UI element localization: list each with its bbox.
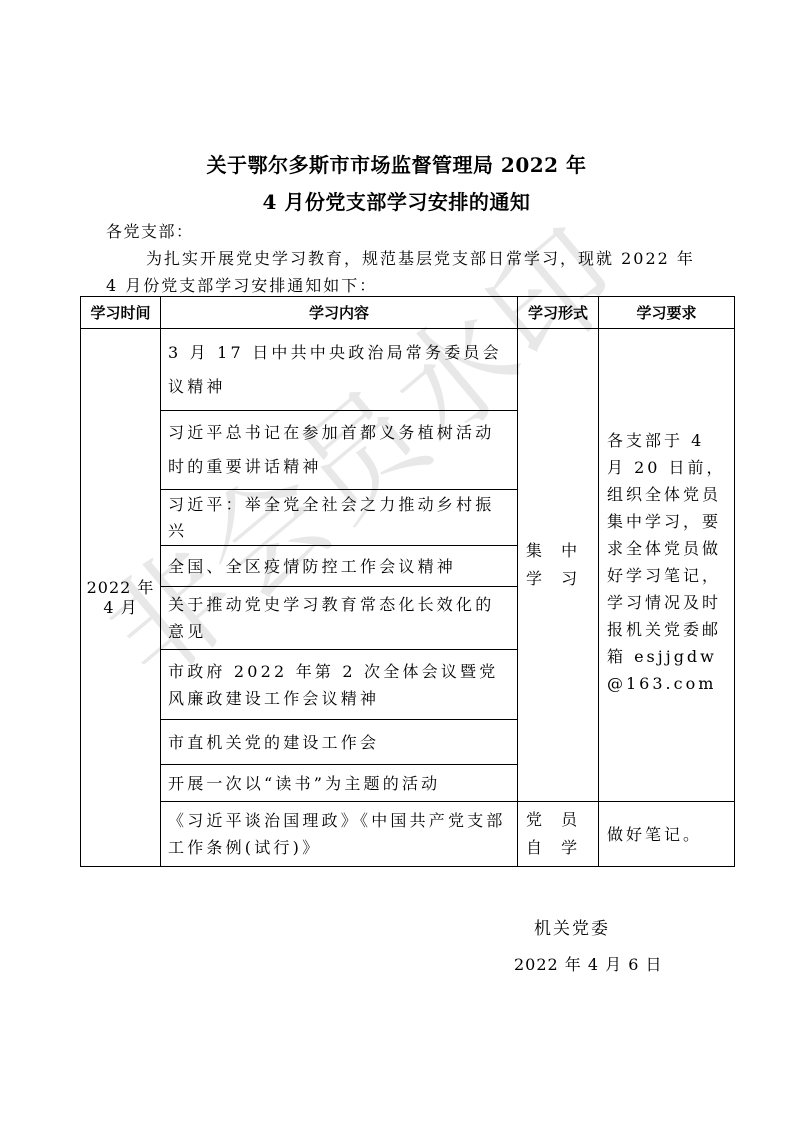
content-cell: 3 月 17 日中共中央政治局常务委员会议精神 (161, 329, 518, 411)
content-item: 开展一次以“读书”为主题的活动 (161, 766, 517, 801)
content-item: 关于推动党史学习教育常态化长效化的意见 (161, 587, 517, 649)
content-cell: 习近平总书记在参加首都义务植树活动时的重要讲话精神 (161, 411, 518, 490)
content-cell: 市直机关党的建设工作会 (161, 720, 518, 765)
signature-organization: 机关党委 (534, 914, 610, 939)
body-paragraph-line2: 4 月份党支部学习安排通知如下： (106, 273, 377, 296)
study-requirement-self: 做好笔记。 (607, 821, 730, 848)
study-form-self: 党 员 自 学 (526, 806, 594, 862)
content-cell: 关于推动党史学习教育常态化长效化的意见 (161, 587, 518, 650)
salutation: 各党支部： (106, 219, 194, 242)
requirement-cell-group: 各支部于 4 月 20 日前，组织全体党员集中学习，要求全体党员做好学习笔记，学… (599, 329, 735, 802)
content-item: 3 月 17 日中共中央政治局常务委员会议精神 (161, 332, 517, 408)
study-requirement-collective: 各支部于 4 月 20 日前，组织全体党员集中学习，要求全体党员做好学习笔记，学… (607, 427, 730, 697)
body-paragraph-line1: 为扎实开展党史学习教育，规范基层党支部日常学习，现就 2022 年 (146, 246, 695, 269)
header-study-content: 学习内容 (161, 297, 518, 329)
content-cell: 开展一次以“读书”为主题的活动 (161, 765, 518, 802)
study-time-month: 4 月 (81, 598, 160, 618)
requirement-cell-self: 做好笔记。 (599, 802, 735, 867)
study-time-cell: 2022 年 4 月 (81, 329, 161, 867)
study-time-year: 2022 年 (81, 578, 160, 598)
header-study-time: 学习时间 (81, 297, 161, 329)
content-cell: 市政府 2022 年第 2 次全体会议暨党风廉政建设工作会议精神 (161, 650, 518, 720)
content-item: 习近平总书记在参加首都义务植树活动时的重要讲话精神 (161, 412, 517, 488)
content-item: 全国、全区疫情防控工作会议精神 (161, 549, 517, 584)
document-title-line1: 关于鄂尔多斯市市场监督管理局 2022 年 (0, 149, 793, 178)
content-item: 习近平：举全党全社会之力推动乡村振兴 (161, 492, 517, 544)
header-study-form: 学习形式 (518, 297, 599, 329)
form-cell-group: 集 中 学 习 (518, 329, 599, 802)
document-title-line2: 4 月份党支部学习安排的通知 (0, 186, 793, 215)
study-schedule-table: 学习时间 学习内容 学习形式 学习要求 2022 年 4 月 3 月 17 日中… (80, 296, 735, 867)
form-cell-self: 党 员 自 学 (518, 802, 599, 867)
table-header-row: 学习时间 学习内容 学习形式 学习要求 (81, 297, 735, 329)
content-item: 市直机关党的建设工作会 (161, 725, 517, 760)
content-item-self-study: 《习近平谈治国理政》《中国共产党支部工作条例(试行)》 (161, 803, 517, 865)
content-item: 市政府 2022 年第 2 次全体会议暨党风廉政建设工作会议精神 (161, 654, 517, 716)
table-row: 《习近平谈治国理政》《中国共产党支部工作条例(试行)》 党 员 自 学 做好笔记… (81, 802, 735, 867)
header-study-requirement: 学习要求 (599, 297, 735, 329)
study-form-collective: 集 中 学 习 (526, 537, 594, 593)
content-cell: 全国、全区疫情防控工作会议精神 (161, 546, 518, 587)
table-row: 2022 年 4 月 3 月 17 日中共中央政治局常务委员会议精神 集 中 学… (81, 329, 735, 411)
content-cell: 《习近平谈治国理政》《中国共产党支部工作条例(试行)》 (161, 802, 518, 867)
content-cell: 习近平：举全党全社会之力推动乡村振兴 (161, 490, 518, 546)
signature-date: 2022 年 4 月 6 日 (514, 952, 663, 975)
